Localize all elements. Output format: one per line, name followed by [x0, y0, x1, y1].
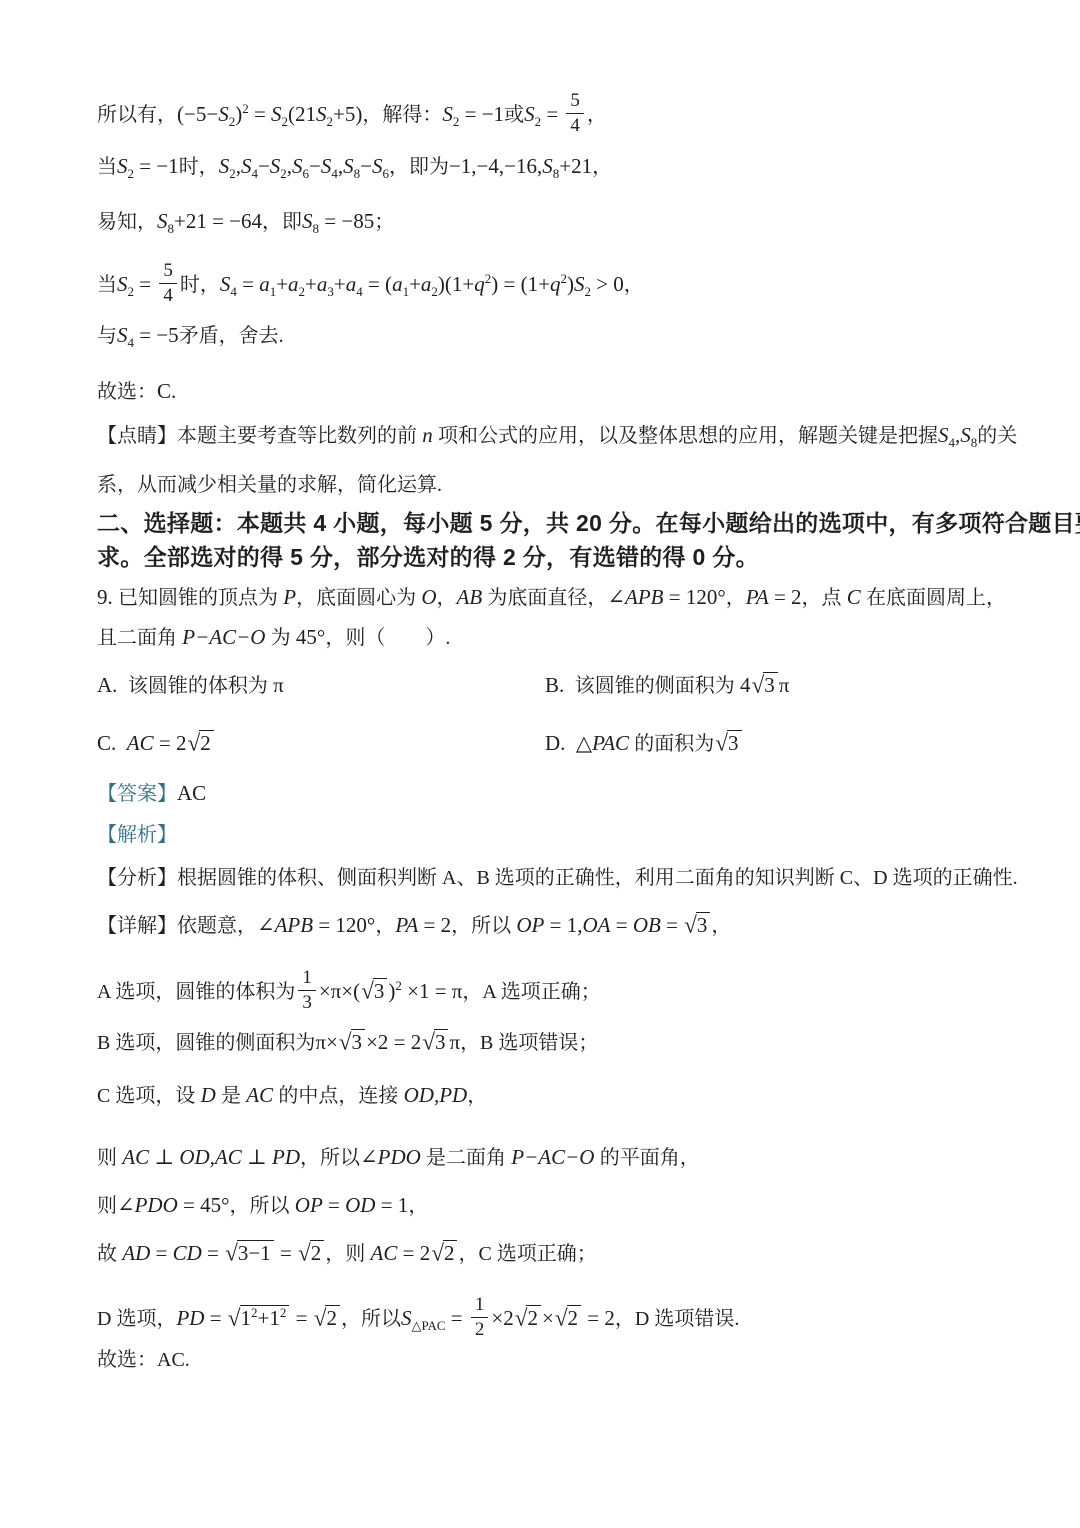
- q9-answer-line: 【答案】AC: [97, 778, 206, 808]
- math-run: n: [417, 423, 438, 447]
- text-run: 已知圆锥的顶点为: [118, 587, 278, 609]
- sqrt-expression: √2: [298, 1238, 324, 1269]
- sqrt-expression: √3: [361, 976, 387, 1007]
- math-run: PDO: [378, 1145, 426, 1169]
- text-run: ，: [587, 104, 607, 126]
- math-run: +21: [559, 154, 592, 178]
- math-run: 45°: [291, 625, 326, 649]
- radical-icon: √: [431, 1239, 444, 1269]
- text-run: 【答案】: [97, 783, 177, 805]
- math-run: 3: [435, 1030, 446, 1054]
- text-run: ，所以: [341, 1308, 401, 1330]
- text-run: ，: [624, 274, 644, 296]
- math-run: APB: [625, 585, 663, 609]
- text-run: ，: [408, 1195, 428, 1217]
- math-run: S: [302, 209, 313, 233]
- text-run: 易知，: [97, 211, 157, 233]
- math-run: S: [117, 323, 128, 347]
- radicand: 12+12: [240, 1305, 290, 1331]
- radicand: 3−1: [237, 1240, 274, 1266]
- math-run: = (: [363, 272, 392, 296]
- text-run: 项和公式的应用，以及整体思想的应用，解题关键是把握: [438, 425, 938, 447]
- math-run: 3: [697, 913, 708, 937]
- radicand: 3: [434, 1029, 449, 1055]
- fraction-denominator: 3: [298, 991, 316, 1014]
- math-run: OP: [511, 913, 544, 937]
- sqrt-expression: √3: [339, 1027, 365, 1058]
- radical-icon: √: [228, 1304, 241, 1334]
- math-run: S: [574, 272, 585, 296]
- text-run: ，: [711, 915, 731, 937]
- sol8-equation-line: 所以有，(−5−S2)2 = S2(21S2+5)，解得：S2 = −1或S2 …: [97, 93, 607, 123]
- text-run: ，: [726, 587, 746, 609]
- math-run: S: [401, 1306, 412, 1330]
- q9-detail-optionC-line3: 则∠PDO = 45°，所以 OP = OD = 1，: [97, 1190, 428, 1220]
- math-run: D.: [545, 731, 576, 755]
- text-run: C 选项，设: [97, 1085, 195, 1107]
- q9-final-answer-line: 故选：AC.: [97, 1345, 190, 1375]
- text-run: 该圆锥的侧面积为: [575, 675, 735, 697]
- math-run: S: [241, 154, 252, 178]
- text-run: 且二面角: [97, 627, 177, 649]
- math-run: 2: [311, 1241, 322, 1265]
- math-run: =: [134, 272, 156, 296]
- radical-icon: √: [314, 1304, 327, 1334]
- math-run: 2: [280, 1305, 287, 1320]
- fraction: 54: [566, 90, 584, 137]
- math-run: )(1+: [438, 272, 474, 296]
- radicand: 3: [373, 978, 388, 1004]
- math-run: S: [372, 154, 383, 178]
- math-run: OA: [582, 913, 610, 937]
- text-run: ，A 选项正确；: [462, 981, 600, 1003]
- radical-icon: √: [422, 1028, 435, 1058]
- q9-option-d: D. △PAC 的面积为√3: [545, 728, 743, 758]
- math-run: q: [550, 272, 561, 296]
- section2-header-line1: 二、选择题：本题共 4 小题，每小题 5 分，共 20 分。在每小题给出的选项中…: [97, 508, 1080, 538]
- math-run: PDO: [135, 1193, 178, 1217]
- math-run: ⊥: [149, 1145, 179, 1169]
- math-run: S: [117, 154, 128, 178]
- text-run: 则: [97, 1147, 117, 1169]
- math-run: ) = (1+: [491, 272, 550, 296]
- math-run: S: [270, 154, 281, 178]
- math-run: S: [292, 154, 303, 178]
- text-run: 二、选择题：本题共 4 小题，每小题 5 分，共 20 分。在每小题给出的选项中…: [97, 510, 1080, 536]
- math-run: =: [610, 913, 632, 937]
- math-run: (−5−: [177, 102, 218, 126]
- math-run: AC: [365, 1241, 397, 1265]
- text-run: 矛盾，舍去.: [179, 325, 284, 347]
- text-run: A 选项，圆锥的体积为: [97, 981, 295, 1003]
- math-run: = 1: [375, 1193, 408, 1217]
- section2-header-line2: 求。全部选对的得 5 分，部分选对的得 2 分，有选错的得 0 分。: [97, 542, 759, 572]
- math-run: a: [421, 272, 432, 296]
- math-run: PD: [272, 1145, 300, 1169]
- math-run: (21: [288, 102, 316, 126]
- text-run: 时，: [179, 156, 219, 178]
- math-run: S: [271, 102, 282, 126]
- text-run: ，: [467, 1085, 487, 1107]
- math-run: 2: [200, 731, 211, 755]
- text-run: 为: [271, 627, 291, 649]
- math-run: 2: [444, 1241, 455, 1265]
- sqrt-expression: √2: [314, 1303, 340, 1334]
- math-run: S: [938, 423, 949, 447]
- math-run: PA: [395, 913, 418, 937]
- math-run: AC: [117, 1145, 149, 1169]
- text-run: ，解得：: [362, 104, 442, 126]
- sqrt-expression: √12+12: [228, 1303, 290, 1334]
- sqrt-expression: √2: [431, 1238, 457, 1269]
- text-run: 故选：: [97, 381, 157, 403]
- radical-icon: √: [298, 1239, 311, 1269]
- math-run: 3: [374, 979, 385, 1003]
- math-run: = −1: [134, 154, 179, 178]
- text-run: D 选项，: [97, 1308, 176, 1330]
- math-run: −: [258, 154, 270, 178]
- text-run: 与: [97, 325, 117, 347]
- sqrt-expression: √3−1: [225, 1238, 274, 1269]
- math-run: OD,AC: [179, 1145, 241, 1169]
- fraction: 12: [471, 1294, 489, 1341]
- math-run: 3−1: [238, 1241, 271, 1265]
- fraction-numerator: 5: [159, 260, 177, 284]
- sol8-contradiction-line: 与S4 = −5矛盾，舍去.: [97, 320, 284, 350]
- radicand: 2: [325, 1305, 340, 1331]
- math-run: = 1,: [544, 913, 582, 937]
- math-run: =: [446, 1306, 468, 1330]
- math-run: = −85: [319, 209, 374, 233]
- sqrt-expression: √3: [684, 910, 710, 941]
- math-run: 4: [735, 673, 751, 697]
- math-run: APB: [275, 913, 313, 937]
- math-run: =: [275, 1241, 297, 1265]
- math-run: S: [316, 102, 327, 126]
- math-run: =: [237, 272, 259, 296]
- math-run: = 2: [582, 1306, 615, 1330]
- math-run: =: [290, 1306, 312, 1330]
- math-run: ×1 = π: [402, 979, 463, 1003]
- text-run: 的面积为: [634, 733, 714, 755]
- math-run: −1,−4,−16,: [449, 154, 542, 178]
- q9-detail-optionC-line4: 故 AD = CD = √3−1 = √2，则 AC = 2√2，C 选项正确；: [97, 1238, 597, 1268]
- math-run: = 2: [397, 1241, 430, 1265]
- math-run: 2: [568, 1306, 579, 1330]
- sol8-answer-line: 故选：C.: [97, 376, 176, 406]
- document-page: 所以有，(−5−S2)2 = S2(21S2+5)，解得：S2 = −1或S2 …: [0, 0, 1080, 1528]
- text-run: 是: [221, 1085, 241, 1107]
- math-run: 3: [352, 1030, 363, 1054]
- math-run: +: [305, 272, 317, 296]
- text-run: 的中点，连接: [278, 1085, 398, 1107]
- math-run: A.: [97, 673, 128, 697]
- text-run: 当: [97, 274, 117, 296]
- radicand: 3: [727, 730, 742, 756]
- text-run: ，所以: [451, 915, 511, 937]
- text-run: ，D 选项错误.: [615, 1308, 739, 1330]
- math-run: 9.: [97, 585, 118, 609]
- text-run: ；: [374, 211, 394, 233]
- sqrt-expression: √2: [515, 1303, 541, 1334]
- q9-analysis-label-line: 【解析】: [97, 820, 177, 850]
- math-run: P: [278, 585, 296, 609]
- math-run: S: [157, 209, 168, 233]
- radical-icon: √: [187, 729, 200, 759]
- math-run: OD,PD: [398, 1083, 467, 1107]
- text-run: ，则: [325, 1243, 365, 1265]
- q9-option-c: C. AC = 2√2: [97, 728, 215, 758]
- q9-detail-optionA-line: A 选项，圆锥的体积为13×π×(√3)2 ×1 = π，A 选项正确；: [97, 970, 601, 1000]
- math-run: S: [343, 154, 354, 178]
- math-run: ∠: [257, 913, 275, 937]
- math-run: ): [567, 272, 574, 296]
- math-run: =: [249, 102, 271, 126]
- math-run: = −1: [459, 102, 504, 126]
- text-run: 【解析】: [97, 824, 177, 846]
- q9-option-b: B. 该圆锥的侧面积为 4√3π: [545, 670, 789, 700]
- math-run: AD: [117, 1241, 150, 1265]
- math-run: 2: [326, 1306, 337, 1330]
- text-run: ，B 选项错误；: [460, 1032, 598, 1054]
- radicand: 3: [763, 672, 778, 698]
- text-run: 【详解】依题意，: [97, 915, 257, 937]
- math-run: a: [392, 272, 403, 296]
- math-run: AB: [457, 585, 488, 609]
- fraction-denominator: 4: [566, 114, 584, 137]
- q9-detail-optionC-line1: C 选项，设 D 是 AC 的中点，连接 OD,PD，: [97, 1080, 487, 1110]
- sol8-case1-result-line: 易知，S8+21 = −64，即S8 = −85；: [97, 206, 394, 236]
- math-run: S: [960, 423, 971, 447]
- text-run: 的平面角，: [600, 1147, 700, 1169]
- text-run: 时，: [180, 274, 220, 296]
- math-run: =: [150, 1241, 172, 1265]
- sqrt-expression: √3: [422, 1027, 448, 1058]
- radical-icon: √: [225, 1239, 238, 1269]
- text-run: ，: [437, 587, 457, 609]
- math-run: ×: [542, 1306, 554, 1330]
- fraction-numerator: 1: [298, 967, 316, 991]
- radical-icon: √: [752, 671, 765, 701]
- math-run: ∠: [360, 1145, 378, 1169]
- math-run: =: [541, 102, 563, 126]
- q9-detail-intro-line: 【详解】依题意，∠APB = 120°，PA = 2，所以 OP = 1,OA …: [97, 910, 731, 940]
- text-run: 该圆锥的体积为: [128, 675, 268, 697]
- math-run: ×π×(: [319, 979, 360, 1003]
- math-run: C.: [157, 379, 176, 403]
- radicand: 3: [696, 912, 711, 938]
- math-run: S: [218, 102, 229, 126]
- fraction-denominator: 2: [471, 1318, 489, 1341]
- radicand: 2: [526, 1305, 541, 1331]
- math-run: 1: [241, 1306, 252, 1330]
- math-run: = 45°: [178, 1193, 230, 1217]
- math-run: S: [219, 154, 230, 178]
- text-run: ，所以: [230, 1195, 290, 1217]
- radical-icon: √: [515, 1304, 528, 1334]
- math-run: +5): [333, 102, 362, 126]
- sol8-note-line1: 【点睛】本题主要考查等比数列的前 n 项和公式的应用，以及整体思想的应用，解题关…: [97, 420, 1017, 450]
- radicand: 2: [310, 1240, 325, 1266]
- radical-icon: √: [361, 977, 374, 1007]
- math-run: ⊥: [242, 1145, 272, 1169]
- math-run: +1: [258, 1306, 280, 1330]
- text-run: ，C 选项正确；: [458, 1243, 596, 1265]
- radical-icon: √: [339, 1028, 352, 1058]
- sol8-case2-line: 当S2 = 54时，S4 = a1+a2+a3+a4 = (a1+a2)(1+q…: [97, 263, 644, 293]
- text-run: 【点睛】本题主要考查等比数列的前: [97, 425, 417, 447]
- math-run: +: [276, 272, 288, 296]
- radical-icon: √: [684, 911, 697, 941]
- math-run: O: [416, 585, 436, 609]
- math-run: +: [409, 272, 421, 296]
- text-run: ，点: [802, 587, 842, 609]
- math-run: ∠: [607, 585, 625, 609]
- text-run: ，即: [262, 211, 302, 233]
- math-run: a: [346, 272, 357, 296]
- math-run: C.: [97, 731, 127, 755]
- q9-stem-line1: 9. 已知圆锥的顶点为 P，底面圆心为 O，AB 为底面直径，∠APB = 12…: [97, 582, 1006, 612]
- text-run: 【分析】根据圆锥的体积、侧面积判断 A、B 选项的正确性，利用二面角的知识判断 …: [97, 867, 1018, 889]
- fraction-denominator: 4: [159, 284, 177, 307]
- radical-icon: √: [555, 1304, 568, 1334]
- math-run: > 0: [591, 272, 624, 296]
- fraction-numerator: 5: [566, 90, 584, 114]
- math-run: a: [317, 272, 328, 296]
- text-run: 求。全部选对的得 5 分，部分选对的得 2 分，有选错的得 0 分。: [97, 544, 759, 570]
- math-run: △: [576, 731, 592, 755]
- text-run: 则: [97, 1195, 117, 1217]
- math-run: =: [202, 1241, 224, 1265]
- math-run: −: [360, 154, 372, 178]
- math-run: 2: [527, 1306, 538, 1330]
- math-run: = 120°: [664, 585, 726, 609]
- sol8-note-line2: 系，从而减少相关量的求解，简化运算.: [97, 470, 442, 500]
- math-run: π×: [315, 1030, 337, 1054]
- math-run: ×2: [491, 1306, 513, 1330]
- text-run: ，: [592, 156, 612, 178]
- math-run: P−AC−O: [177, 625, 271, 649]
- text-run: ，底面圆心为: [296, 587, 416, 609]
- fraction: 13: [298, 967, 316, 1014]
- text-run: ，即为: [389, 156, 449, 178]
- text-run: 系，从而减少相关量的求解，简化运算.: [97, 474, 442, 496]
- math-run: S: [321, 154, 332, 178]
- q9-detail-optionC-line2: 则 AC ⊥ OD,AC ⊥ PD，所以∠PDO 是二面角 P−AC−O 的平面…: [97, 1142, 700, 1172]
- math-run: C: [842, 585, 867, 609]
- q9-detail-optionD-line: D 选项，PD = √12+12 = √2，所以S△PAC = 12×2√2×√…: [97, 1297, 739, 1327]
- radicand: 2: [567, 1305, 582, 1331]
- math-run: a: [259, 272, 270, 296]
- math-run: −: [309, 154, 321, 178]
- math-run: q: [474, 272, 485, 296]
- text-run: 当: [97, 156, 117, 178]
- math-run: PA: [746, 585, 769, 609]
- math-run: S: [542, 154, 553, 178]
- math-run: OD: [345, 1193, 375, 1217]
- math-run: AC: [177, 781, 206, 805]
- text-run: 故选：AC.: [97, 1349, 190, 1371]
- math-run: S: [524, 102, 535, 126]
- math-run: =: [661, 913, 683, 937]
- q9-stem-line2: 且二面角 P−AC−O 为 45°，则（ ）.: [97, 622, 450, 652]
- radicand: 2: [199, 730, 214, 756]
- q9-option-a: A. 该圆锥的体积为 π: [97, 670, 284, 700]
- text-run: 故: [97, 1243, 117, 1265]
- text-run: 或: [504, 104, 524, 126]
- math-run: π: [779, 673, 790, 697]
- fraction-numerator: 1: [471, 1294, 489, 1318]
- math-run: P−AC−O: [506, 1145, 600, 1169]
- math-run: ×2 = 2: [366, 1030, 421, 1054]
- math-run: 3: [764, 673, 775, 697]
- math-run: AC: [127, 731, 154, 755]
- text-run: 所以有，: [97, 104, 177, 126]
- math-run: S: [220, 272, 231, 296]
- text-run: 是二面角: [426, 1147, 506, 1169]
- math-run: ∠: [117, 1193, 135, 1217]
- math-run: π: [268, 673, 284, 697]
- math-run: +: [334, 272, 346, 296]
- math-run: π: [449, 1030, 460, 1054]
- math-run: AC: [241, 1083, 278, 1107]
- math-run: B.: [545, 673, 575, 697]
- sqrt-expression: √3: [715, 728, 741, 759]
- text-run: 在底面圆周上，: [866, 587, 1006, 609]
- math-run: = −5: [134, 323, 179, 347]
- text-run: ，则（ ）.: [325, 627, 450, 649]
- math-run: S: [117, 272, 128, 296]
- math-run: OP: [290, 1193, 323, 1217]
- q9-analysis-line: 【分析】根据圆锥的体积、侧面积判断 A、B 选项的正确性，利用二面角的知识判断 …: [97, 863, 1018, 893]
- text-run: 为底面直径，: [487, 587, 607, 609]
- text-run: B 选项，圆锥的侧面积为: [97, 1032, 315, 1054]
- radical-icon: √: [715, 729, 728, 759]
- math-run: = 2: [769, 585, 802, 609]
- math-run: OB: [633, 913, 661, 937]
- math-run: = 2: [418, 913, 451, 937]
- radicand: 3: [351, 1029, 366, 1055]
- math-run: PAC: [592, 731, 634, 755]
- math-run: PD: [176, 1306, 204, 1330]
- sqrt-expression: √2: [187, 728, 213, 759]
- math-run: +21 = −64: [174, 209, 262, 233]
- math-run: S: [442, 102, 453, 126]
- math-run: 3: [728, 731, 739, 755]
- math-run: = 120°: [313, 913, 375, 937]
- math-run: a: [288, 272, 299, 296]
- q9-detail-optionB-line: B 选项，圆锥的侧面积为π×√3×2 = 2√3π，B 选项错误；: [97, 1027, 598, 1057]
- text-run: ，: [375, 915, 395, 937]
- text-run: 的关: [977, 425, 1017, 447]
- math-run: = 2: [154, 731, 187, 755]
- sqrt-expression: √2: [555, 1303, 581, 1334]
- radicand: 2: [443, 1240, 458, 1266]
- math-run: CD: [173, 1241, 202, 1265]
- sqrt-expression: √3: [752, 670, 778, 701]
- math-run: D: [195, 1083, 221, 1107]
- text-run: ，所以: [300, 1147, 360, 1169]
- math-run: =: [323, 1193, 345, 1217]
- math-run: =: [204, 1306, 226, 1330]
- math-run: △PAC: [411, 1318, 445, 1333]
- sol8-case1-line: 当S2 = −1时，S2,S4−S2,S6−S4,S8−S6，即为−1,−4,−…: [97, 151, 612, 181]
- fraction: 54: [159, 260, 177, 307]
